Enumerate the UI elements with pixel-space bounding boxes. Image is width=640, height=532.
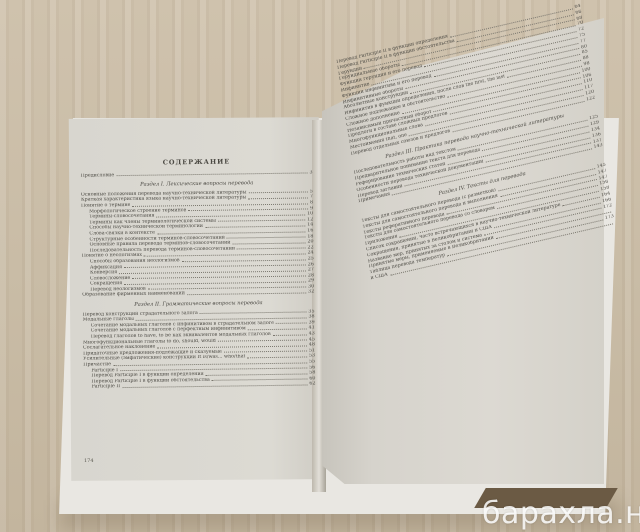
toc-entry-page: 3 bbox=[309, 170, 312, 176]
watermark: барахла.нет bbox=[482, 496, 640, 531]
dot-leader bbox=[232, 240, 305, 245]
dot-leader bbox=[205, 223, 305, 228]
dot-leader bbox=[182, 256, 306, 261]
toc-section-heading: Раздел II. Грамматические вопросы перево… bbox=[82, 300, 314, 309]
toc-entry-title: Образование фирменных наименований bbox=[82, 292, 185, 299]
dot-leader bbox=[212, 376, 308, 381]
dot-leader bbox=[248, 195, 308, 199]
toc-entry: Предисловие3 bbox=[81, 170, 313, 179]
dot-leader bbox=[116, 170, 307, 176]
toc-section-heading: Раздел I. Лексические вопросы перевода bbox=[81, 181, 313, 190]
left-page-toc: СОДЕРЖАНИЕ Предисловие3Раздел I. Лексиче… bbox=[80, 158, 315, 390]
toc-entry-page: 122 bbox=[586, 95, 596, 103]
dot-leader bbox=[206, 371, 308, 376]
toc-entry-page: 62 bbox=[309, 382, 315, 388]
toc-entries: Предисловие3Раздел I. Лексические вопрос… bbox=[81, 170, 316, 391]
dot-leader bbox=[248, 326, 307, 330]
dot-leader bbox=[187, 290, 306, 295]
dot-leader bbox=[227, 234, 305, 239]
dot-leader bbox=[157, 343, 307, 349]
dot-leader bbox=[248, 189, 307, 193]
dot-leader bbox=[157, 212, 306, 218]
page-number: 174 bbox=[84, 458, 94, 464]
dot-leader bbox=[247, 354, 307, 358]
dot-leader bbox=[188, 206, 308, 211]
dot-leader bbox=[276, 320, 307, 324]
dot-leader bbox=[273, 332, 307, 336]
dot-leader bbox=[218, 337, 307, 342]
dot-leader bbox=[237, 245, 305, 250]
toc-entry-title: Participle II bbox=[92, 384, 121, 390]
dot-leader bbox=[200, 309, 307, 314]
dot-leader bbox=[157, 228, 305, 234]
toc-entry-page: 143 bbox=[593, 143, 603, 151]
toc-entry-title: Предисловие bbox=[81, 173, 115, 179]
dot-leader bbox=[218, 217, 305, 222]
dot-leader bbox=[224, 348, 307, 353]
toc-entry-page: 32 bbox=[308, 290, 314, 296]
